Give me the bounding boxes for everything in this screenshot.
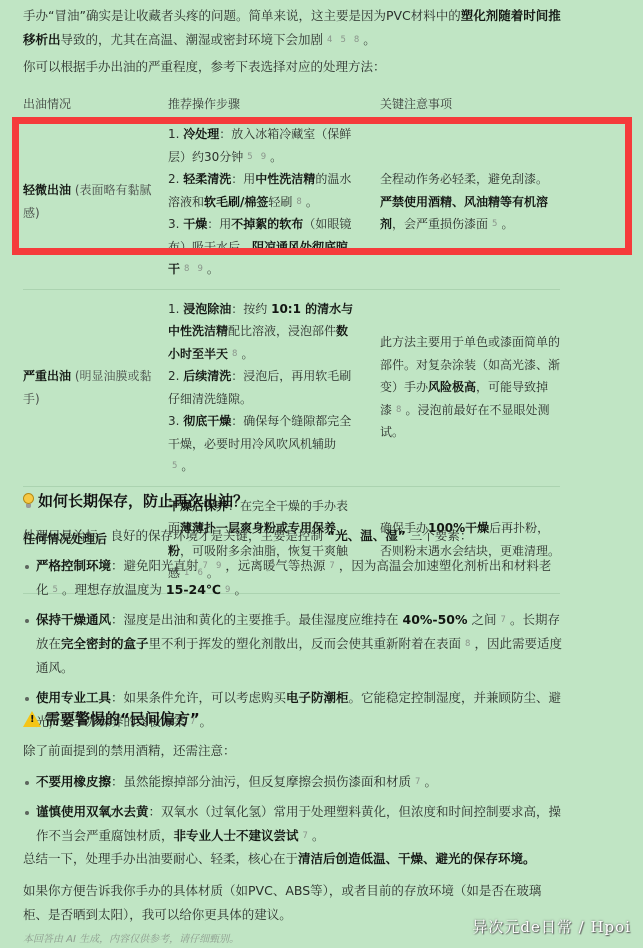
citation[interactable]: 5: [53, 585, 58, 595]
col-header-condition: 出油情况: [23, 91, 168, 115]
folk-intro: 除了前面提到的禁用酒精，还需注意：: [23, 739, 563, 763]
citation[interactable]: 9: [197, 264, 202, 274]
warning-icon: !: [23, 711, 41, 727]
step: 1. 冷处理：放入冰箱冷藏室（保鲜层）约30分钟59。: [168, 123, 360, 168]
notes-cell: 此方法主要用于单色或漆面简单的部件。对复杂涂装（如高光漆、渐变）手办风险极高，可…: [380, 289, 560, 486]
section-heading-storage: 如何长期保存，防止再次出油？: [23, 490, 248, 512]
list-item: 严格控制环境：避免阳光直射79，远离暖气等热源7，因为高温会加速塑化剂析出和材料…: [23, 554, 563, 602]
step: 2. 后续清洗：浸泡后，再用软毛刷仔细清洗缝隙。: [168, 365, 360, 410]
table-intro: 你可以根据手办出油的严重程度，参考下表选择对应的处理方法：: [23, 55, 386, 79]
citation[interactable]: 8: [465, 639, 470, 649]
treatment-table: 出油情况 推荐操作步骤 关键注意事项 轻微出油 (表面略有黏腻感) 1. 冷处理…: [23, 91, 560, 594]
citation[interactable]: 7: [501, 615, 506, 625]
citation[interactable]: 4: [327, 35, 332, 45]
citation[interactable]: 5: [492, 219, 497, 229]
col-header-steps: 推荐操作步骤: [168, 91, 380, 115]
intro-paragraph: 手办“冒油”确实是让收藏者头疼的问题。简单来说，这主要是因为PVC材料中的塑化剂…: [23, 4, 563, 52]
folk-remedies-list: 不要用橡皮擦：虽然能擦掉部分油污，但反复摩擦会损伤漆面和材质7。 谨慎使用双氧水…: [23, 770, 563, 854]
table-row: 轻微出油 (表面略有黏腻感) 1. 冷处理：放入冰箱冷藏室（保鲜层）约30分钟5…: [23, 115, 560, 289]
citation[interactable]: 9: [261, 152, 266, 162]
step: 2. 轻柔清洗：用中性洗洁精的温水溶液和软毛刷/棉签轻刷8。: [168, 168, 360, 213]
citation[interactable]: 5: [247, 152, 252, 162]
citation[interactable]: 9: [216, 561, 221, 571]
ai-disclaimer: 本回答由 AI 生成，内容仅供参考，请仔细甄别。: [23, 930, 239, 945]
citation[interactable]: 8: [396, 405, 401, 415]
step: 3. 彻底干燥：确保每个缝隙都完全干燥，必要时用冷风吹风机辅助5。: [168, 410, 360, 478]
citation[interactable]: 7: [203, 561, 208, 571]
col-header-notes: 关键注意事项: [380, 91, 560, 115]
list-item: 保持干燥通风：湿度是出油和黄化的主要推手。最佳湿度应维持在 40%-50% 之间…: [23, 608, 563, 680]
citation[interactable]: 8: [232, 349, 237, 359]
condition-cell: 轻微出油 (表面略有黏腻感): [23, 115, 168, 289]
steps-cell: 1. 浸泡除油：按约 10:1 的清水与中性洗洁精配比溶液，浸泡部件数小时至半天…: [168, 289, 380, 486]
list-item: 谨慎使用双氧水去黄：双氧水（过氧化氢）常用于处理塑料黄化，但浓度和时间控制要求高…: [23, 800, 563, 848]
citation[interactable]: 5: [172, 461, 177, 471]
list-item: 不要用橡皮擦：虽然能擦掉部分油污，但反复摩擦会损伤漆面和材质7。: [23, 770, 563, 794]
condition-cell: 严重出油 (明显油膜或黏手): [23, 289, 168, 486]
steps-cell: 1. 冷处理：放入冰箱冷藏室（保鲜层）约30分钟59。 2. 轻柔清洗：用中性洗…: [168, 115, 380, 289]
citation[interactable]: 9: [225, 585, 230, 595]
citation[interactable]: 8: [354, 35, 359, 45]
citation[interactable]: 8: [296, 197, 301, 207]
citation[interactable]: 7: [329, 561, 334, 571]
citation[interactable]: 5: [340, 35, 345, 45]
citation[interactable]: 7: [415, 777, 420, 787]
step: 3. 干燥：用不掉絮的软布（如眼镜布）吸干水后，阴凉通风处彻底晾干89。: [168, 213, 360, 281]
citation[interactable]: 8: [184, 264, 189, 274]
notes-cell: 全程动作务必轻柔，避免刮漆。严禁使用酒精、风油精等有机溶剂，会严重损伤漆面5。: [380, 115, 560, 289]
lightbulb-icon: [23, 493, 34, 509]
section-heading-folk-remedies: !需要警惕的“民间偏方”: [23, 708, 200, 730]
table-row: 严重出油 (明显油膜或黏手) 1. 浸泡除油：按约 10:1 的清水与中性洗洁精…: [23, 289, 560, 486]
step: 1. 浸泡除油：按约 10:1 的清水与中性洗洁精配比溶液，浸泡部件数小时至半天…: [168, 298, 360, 366]
storage-intro: 处理只是治标，良好的保存环境才是关键，主要是控制 “光、温、湿” 三个要素：: [23, 524, 563, 548]
watermark: 异次元de日常 / Hpoi: [472, 916, 631, 937]
citation[interactable]: 7: [303, 831, 308, 841]
summary-paragraph: 总结一下，处理手办出油要耐心、轻柔，核心在于清洁后创造低温、干燥、避光的保存环境…: [23, 847, 563, 871]
